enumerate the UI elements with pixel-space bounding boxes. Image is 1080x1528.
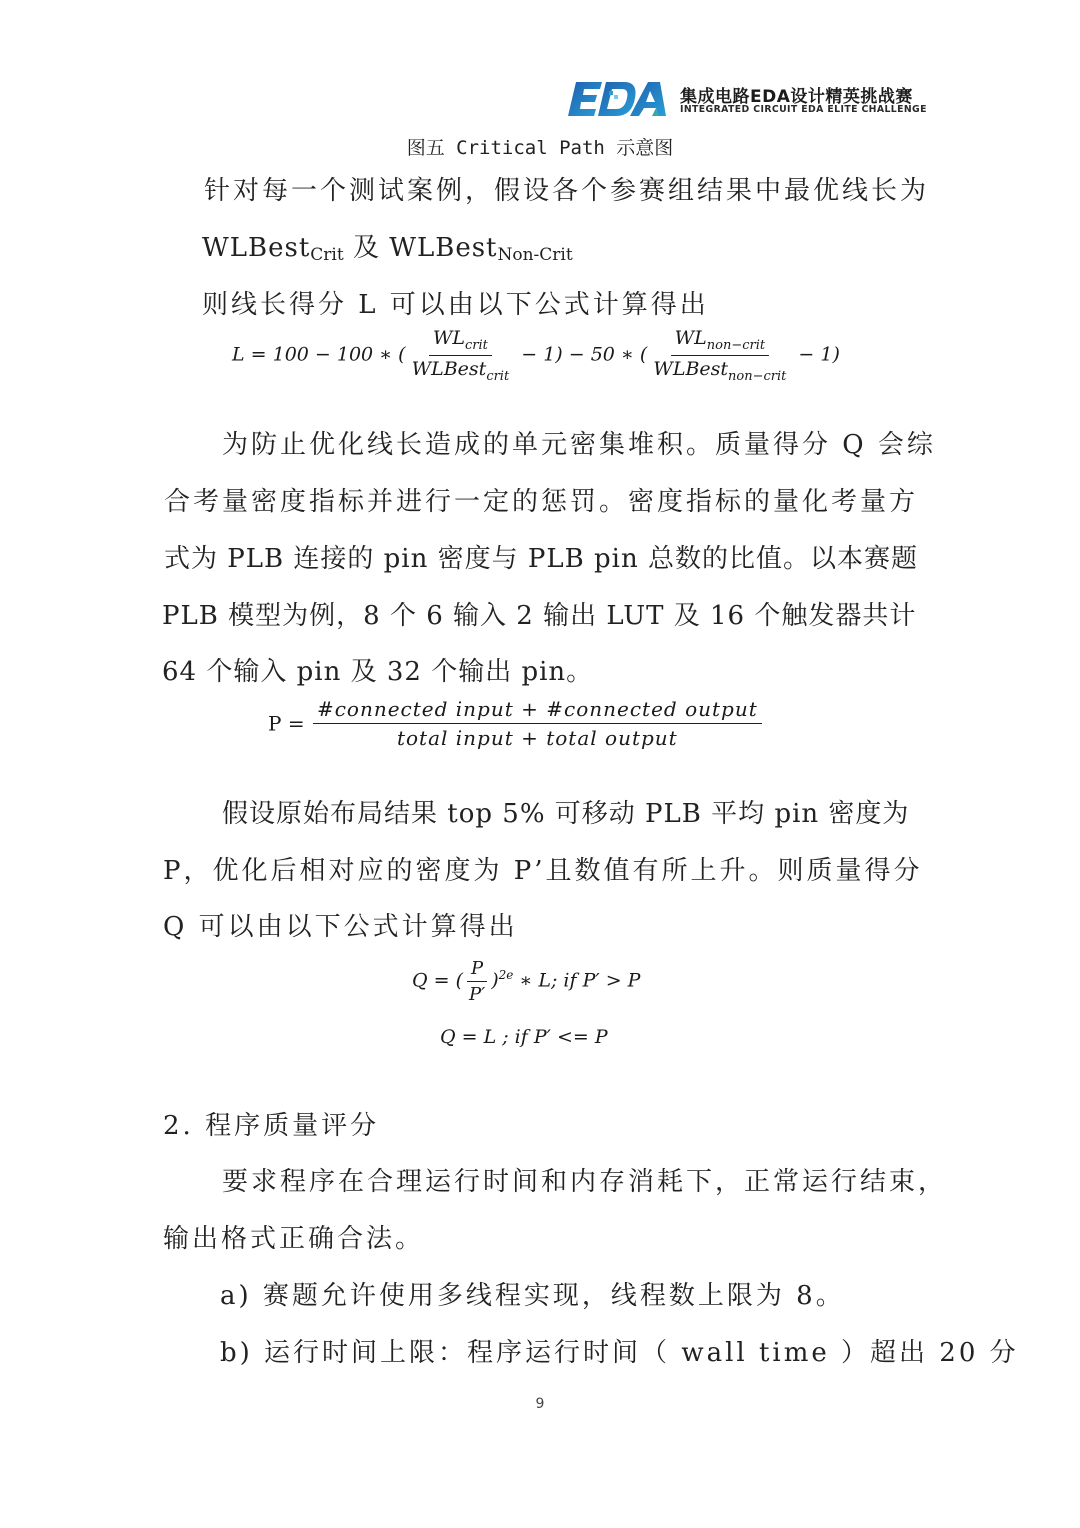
fraction-noncrit: WLnon−critWLBestnon−crit xyxy=(649,327,790,384)
eda-logo xyxy=(568,78,668,120)
p-ratio-num: P xyxy=(467,958,487,982)
paragraph-2-line-2: 合考量密度指标并进行一定的惩罚。密度指标的量化考量方 xyxy=(164,481,918,518)
formula-L-mid: − 1) − 50 ∗ ( xyxy=(515,343,647,365)
wlbest-crit: WLBest xyxy=(202,233,310,263)
formula-L-tail: − 1) xyxy=(792,343,840,365)
formula-wirelength-score: L = 100 − 100 ∗ (WLcritWLBestcrit − 1) −… xyxy=(232,327,840,384)
section-2-title: 2. 程序质量评分 xyxy=(163,1105,379,1142)
wlbest-noncrit: WLBest xyxy=(389,233,497,263)
frac1-num-sub: crit xyxy=(465,338,488,353)
fraction-pin-density: #connected input + #connected outputtota… xyxy=(313,697,762,750)
paragraph-3-line-2: P，优化后相对应的密度为 P’且数值有所上升。则质量得分 xyxy=(163,850,923,887)
frac1-num: WL xyxy=(433,327,465,349)
page-number: 9 xyxy=(0,1396,1080,1412)
paragraph-3-line-1: 假设原始布局结果 top 5% 可移动 PLB 平均 pin 密度为 xyxy=(222,793,909,830)
fraction-p-ratio: PP′ xyxy=(465,958,489,1005)
list-item-b: b) 运行时间上限：程序运行时间（ wall time ）超出 20 分 xyxy=(220,1332,1019,1369)
pin-density-denominator: total input + total output xyxy=(393,724,682,750)
paragraph-1-line-1: 针对每一个测试案例，假设各个参赛组结果中最优线长为 xyxy=(204,170,929,207)
paragraph-4-line-2: 输出格式正确合法。 xyxy=(163,1218,424,1255)
paragraph-3-line-3: Q 可以由以下公式计算得出 xyxy=(163,906,518,943)
formula-pin-density: P = #connected input + #connected output… xyxy=(268,697,764,750)
paragraph-2-line-5: 64 个输入 pin 及 32 个输出 pin。 xyxy=(162,651,593,688)
eda-logo-icon xyxy=(568,78,668,120)
paragraph-1-line-2: WLBestCrit 及 WLBestNon-Crit xyxy=(202,227,573,265)
paragraph-2-line-4: PLB 模型为例，8 个 6 输入 2 输出 LUT 及 16 个触发器共计 xyxy=(162,595,916,632)
frac2-den-sub: non−crit xyxy=(728,369,786,384)
paragraph-2-line-3: 式为 PLB 连接的 pin 密度与 PLB pin 总数的比值。以本赛题 xyxy=(164,538,918,575)
formula-quality-score-1: Q = (PP′)2e ∗ L; if P′ > P xyxy=(412,958,640,1005)
pin-density-numerator: #connected input + #connected output xyxy=(313,697,762,724)
wlbest-crit-subscript: Crit xyxy=(310,245,343,265)
frac1-den: WLBest xyxy=(412,358,487,380)
header-title-en: INTEGRATED CIRCUIT EDA ELITE CHALLENGE xyxy=(680,104,927,115)
p-ratio-den: P′ xyxy=(465,982,489,1005)
frac2-num-sub: non−crit xyxy=(707,338,765,353)
paragraph-2-line-1: 为防止优化线长造成的单元密集堆积。质量得分 Q 会综 xyxy=(222,424,936,461)
formula-P-lhs: P = xyxy=(268,712,311,736)
exponent: 2e xyxy=(499,968,514,982)
paragraph-1-line-3: 则线长得分 L 可以由以下公式计算得出 xyxy=(202,284,709,321)
formula-Q1-lhs: Q = ( xyxy=(412,970,463,992)
connector-text: 及 xyxy=(344,233,390,263)
figure-caption: 图五 Critical Path 示意图 xyxy=(0,133,1080,160)
formula-Q1-rhs: ∗ L; if P′ > P xyxy=(513,970,640,992)
formula-L-lhs: L = 100 − 100 ∗ ( xyxy=(232,343,406,365)
paragraph-4-line-1: 要求程序在合理运行时间和内存消耗下，正常运行结束， xyxy=(222,1161,947,1198)
frac1-den-sub: crit xyxy=(486,369,509,384)
wlbest-noncrit-subscript: Non-Crit xyxy=(498,245,573,265)
list-item-a: a) 赛题允许使用多线程实现，线程数上限为 8。 xyxy=(220,1275,845,1312)
frac2-den: WLBest xyxy=(653,358,728,380)
formula-quality-score-2: Q = L ; if P′ <= P xyxy=(440,1026,608,1048)
frac2-num: WL xyxy=(675,327,707,349)
fraction-crit: WLcritWLBestcrit xyxy=(408,327,514,384)
